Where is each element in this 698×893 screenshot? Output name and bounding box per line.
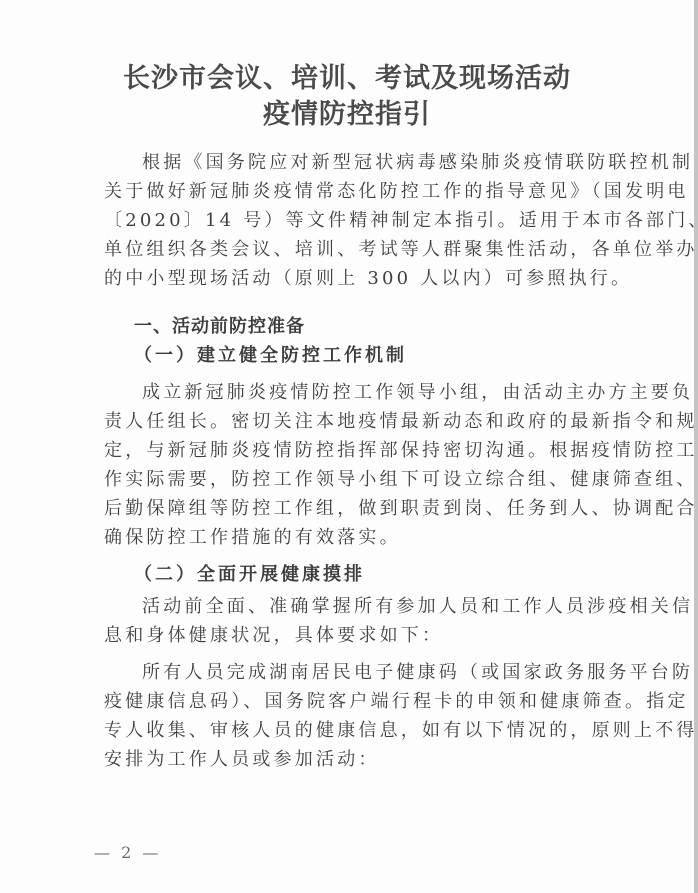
intro-line-5: 的中小型现场活动（原则上 300 人以内）可参照执行。	[104, 267, 620, 291]
sub2-para1-line-2: 息和身体健康状况，具体要求如下：	[104, 624, 620, 648]
sub1-line-4: 作实际需要，防控工作领导小组下可设立综合组、健康筛查组、	[104, 468, 620, 492]
intro-line-3: 〔2020〕14 号）等文件精神制定本指引。适用于本市各部门、各	[104, 209, 620, 233]
document-page: 长沙市会议、培训、考试及现场活动 疫情防控指引 根据《国务院应对新型冠状病毒感染…	[0, 0, 694, 893]
document-title-line-2: 疫情防控指引	[0, 98, 694, 132]
sub2-para2-line-1: 所有人员完成湖南居民电子健康码（或国家政务服务平台防	[142, 661, 620, 685]
sub2-para2-line-3: 专人收集、审核人员的健康信息，如有以下情况的，原则上不得	[104, 719, 620, 743]
sub1-line-6: 确保防控工作措施的有效落实。	[104, 526, 620, 550]
intro-line-4: 单位组织各类会议、培训、考试等人群聚集性活动，各单位举办	[104, 238, 620, 262]
intro-line-2: 关于做好新冠肺炎疫情常态化防控工作的指导意见》（国发明电	[104, 180, 620, 204]
intro-line-1: 根据《国务院应对新型冠状病毒感染肺炎疫情联防联控机制	[142, 151, 620, 175]
section-heading-1: 一、活动前防控准备	[134, 315, 305, 339]
page-edge-border	[694, 0, 698, 893]
subsection-heading-1: （一）建立健全防控工作机制	[134, 344, 407, 368]
sub1-line-5: 后勤保障组等防控工作组，做到职责到岗、任务到人、协调配合，	[104, 497, 620, 521]
sub1-line-2: 责人任组长。密切关注本地疫情最新动态和政府的最新指令和规	[104, 410, 620, 434]
document-title-line-1: 长沙市会议、培训、考试及现场活动	[0, 62, 694, 96]
sub2-para1-line-1: 活动前全面、准确掌握所有参加人员和工作人员涉疫相关信	[142, 595, 620, 619]
sub2-para2-line-4: 安排为工作人员或参加活动：	[104, 748, 620, 772]
sub2-para2-line-2: 疫健康信息码）、国务院客户端行程卡的申领和健康筛查。指定	[104, 690, 620, 714]
subsection-heading-2: （二）全面开展健康摸排	[134, 563, 365, 587]
page-number: — 2 —	[94, 843, 161, 862]
sub1-line-3: 定，与新冠肺炎疫情防控指挥部保持密切沟通。根据疫情防控工	[104, 439, 620, 463]
sub1-line-1: 成立新冠肺炎疫情防控工作领导小组，由活动主办方主要负	[142, 381, 620, 405]
